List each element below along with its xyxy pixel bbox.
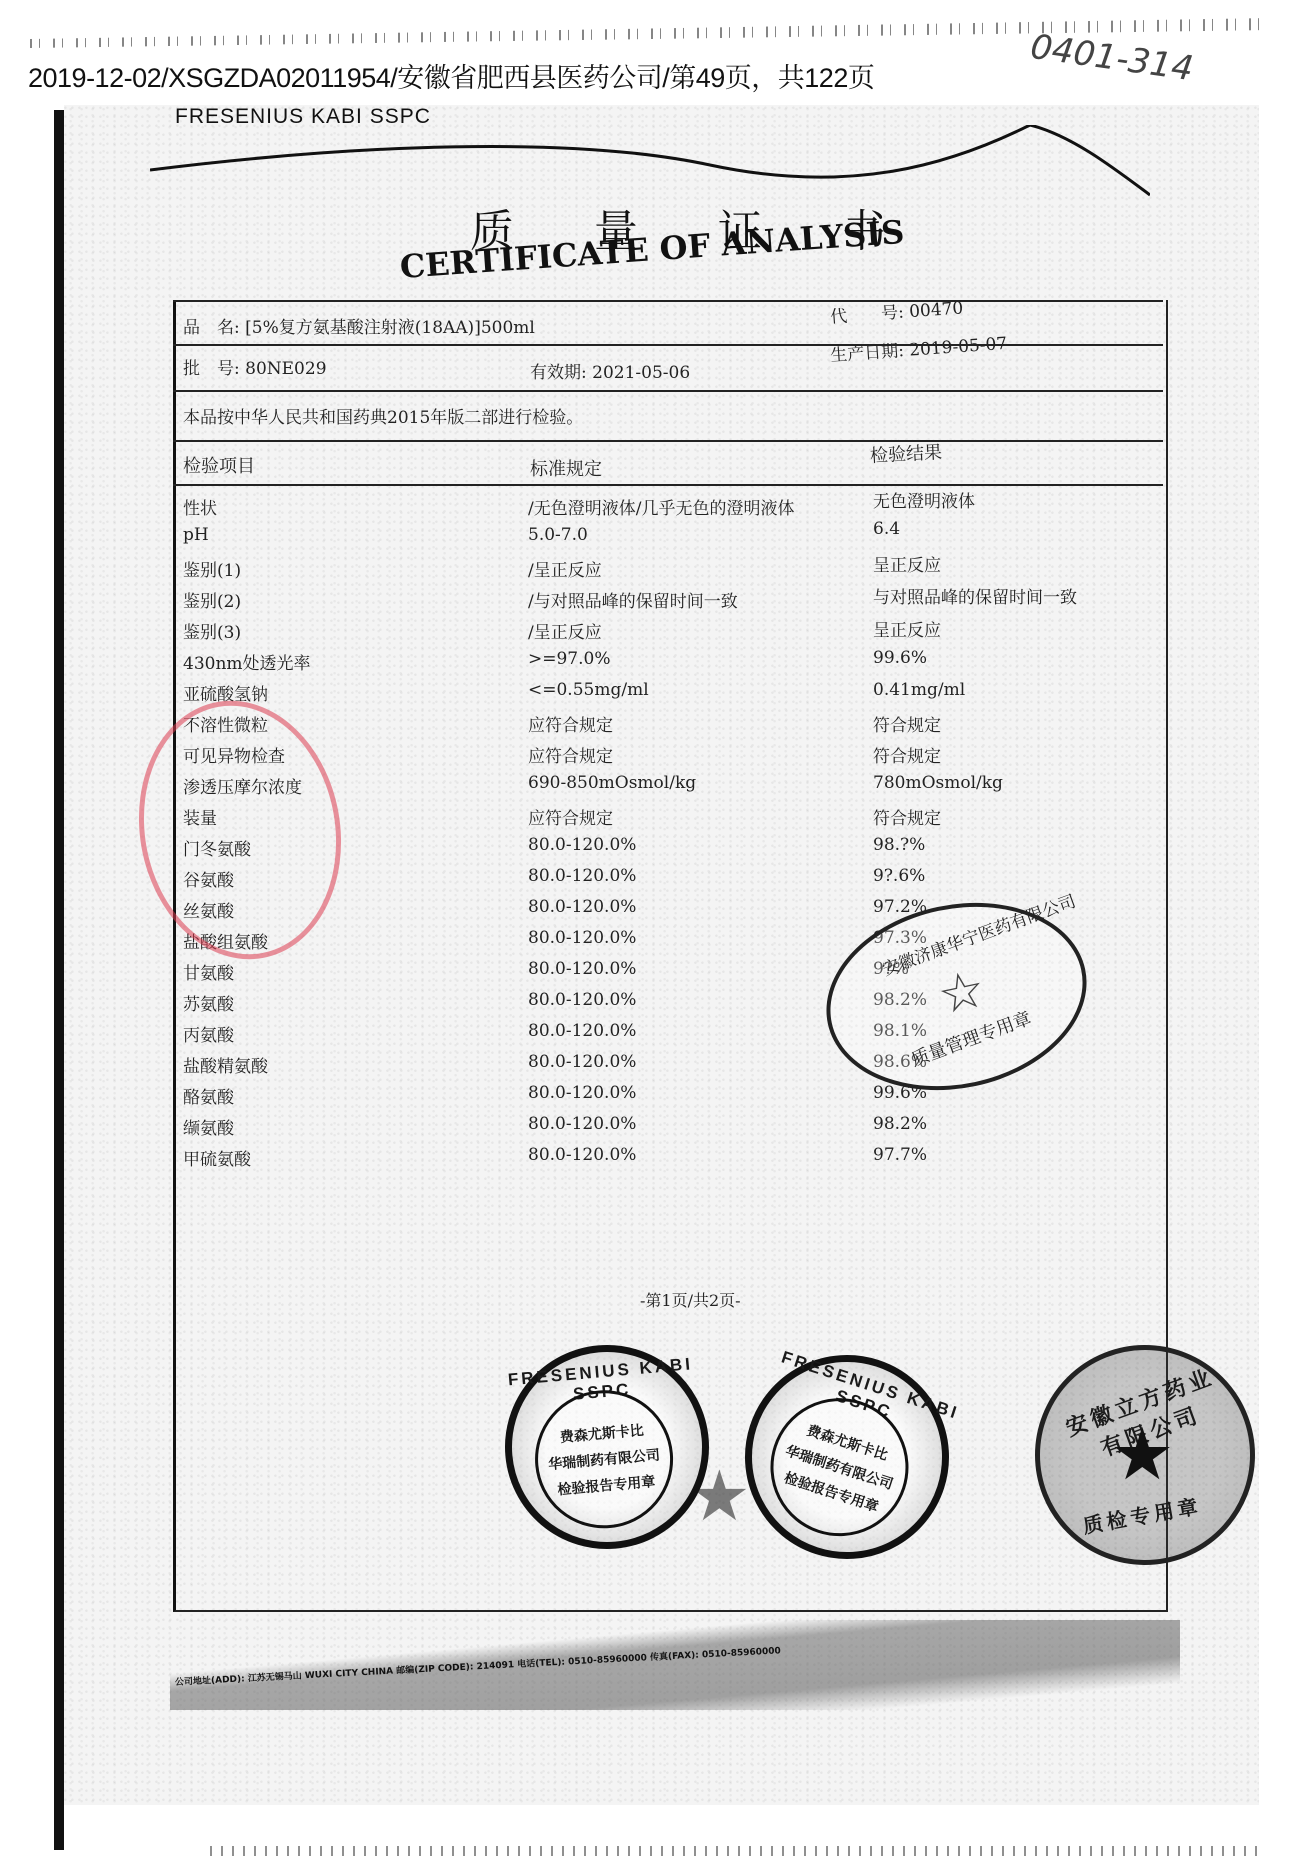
footer-band — [170, 1620, 1180, 1710]
row-item: 性状 — [183, 494, 217, 519]
row-result: 0.41mg/ml — [873, 680, 965, 700]
row-item: 丙氨酸 — [183, 1021, 234, 1046]
row-standard: 80.0-120.0% — [528, 928, 636, 948]
table-row: 430nm处透光率>=97.0%99.6% — [183, 649, 1143, 680]
table-row: 缬氨酸80.0-120.0%98.2% — [183, 1114, 1143, 1145]
row-item: 鉴别(1) — [183, 556, 241, 581]
row-result: 与对照品峰的保留时间一致 — [873, 583, 1077, 608]
row-standard: >=97.0% — [528, 649, 611, 669]
divider — [173, 390, 1163, 392]
row-result: 呈正反应 — [873, 551, 941, 576]
row-result: 98.2% — [873, 1114, 927, 1134]
row-standard: 80.0-120.0% — [528, 1083, 636, 1103]
expiry-label: 有效期: — [530, 363, 587, 383]
divider — [173, 440, 1163, 442]
row-result: 97.7% — [873, 1145, 927, 1165]
row-standard: 80.0-120.0% — [528, 897, 636, 917]
row-standard: 80.0-120.0% — [528, 866, 636, 886]
seal-line: 检验报告专用章 — [557, 1471, 656, 1499]
row-standard: 应符合规定 — [528, 804, 613, 829]
row-item: 鉴别(2) — [183, 587, 241, 612]
batch-row: 批 号: 80NE029 — [183, 354, 327, 379]
row-result: 780mOsmol/kg — [873, 773, 1003, 793]
row-item: 缬氨酸 — [183, 1114, 234, 1139]
table-row: 亚硫酸氢钠<=0.55mg/ml0.41mg/ml — [183, 680, 1143, 711]
expiry-row: 有效期: 2021-05-06 — [530, 358, 690, 383]
divider — [173, 344, 1163, 346]
row-standard: 80.0-120.0% — [528, 835, 636, 855]
row-item: 430nm处透光率 — [183, 649, 311, 674]
row-result: 呈正反应 — [873, 616, 941, 641]
col-head-standard: 标准规定 — [530, 455, 602, 481]
standard-note: 本品按中华人民共和国药典2015年版二部进行检验。 — [183, 403, 583, 428]
divider — [173, 300, 1163, 302]
row-standard: 690-850mOsmol/kg — [528, 773, 696, 793]
row-standard: 应符合规定 — [528, 742, 613, 767]
row-standard: <=0.55mg/ml — [528, 680, 649, 700]
scan-edge — [54, 110, 64, 1850]
row-standard: /与对照品峰的保留时间一致 — [528, 587, 738, 612]
batch-value: 80NE029 — [245, 359, 326, 379]
col-head-item: 检验项目 — [183, 452, 255, 478]
row-result: 符合规定 — [873, 711, 941, 736]
row-standard: 80.0-120.0% — [528, 1052, 636, 1072]
row-item: 酪氨酸 — [183, 1083, 234, 1108]
row-result: 9?.6% — [873, 866, 925, 886]
table-row: pH5.0-7.06.4 — [183, 525, 1143, 556]
row-item: 甲硫氨酸 — [183, 1145, 251, 1170]
seal-line: 华瑞制药有限公司 — [547, 1444, 660, 1474]
row-standard: 80.0-120.0% — [528, 990, 636, 1010]
row-standard: 80.0-120.0% — [528, 1114, 636, 1134]
row-standard: 5.0-7.0 — [528, 525, 588, 545]
star-icon: ☆ — [933, 959, 991, 1027]
row-result: 符合规定 — [873, 742, 941, 767]
row-standard: 80.0-120.0% — [528, 959, 636, 979]
table-row: 性状/无色澄明液体/几乎无色的澄明液体无色澄明液体 — [183, 494, 1143, 525]
table-row: 可见异物检查应符合规定符合规定 — [183, 742, 1143, 773]
row-item: 苏氨酸 — [183, 990, 234, 1015]
product-name-row: 品 名: [5%复方氨基酸注射液(18AA)]500ml — [183, 313, 535, 338]
row-result: 99.6% — [873, 648, 927, 668]
inspection-seal-right: 安徽立方药业有限公司 ★ 质检专用章 — [1035, 1345, 1255, 1565]
table-row: 鉴别(3)/呈正反应呈正反应 — [183, 618, 1143, 649]
divider — [173, 484, 1163, 486]
seal-bottom-text: 质检专用章 — [1080, 1490, 1203, 1539]
page-indicator: -第1页/共2页- — [640, 1288, 741, 1311]
batch-label: 批 号: — [183, 359, 240, 379]
handwritten-note: 0401-314 — [1028, 27, 1196, 89]
row-result: 无色澄明液体 — [873, 487, 975, 512]
col-head-result: 检验结果 — [869, 438, 942, 468]
row-item: 鉴别(3) — [183, 618, 241, 643]
table-row: 不溶性微粒应符合规定符合规定 — [183, 711, 1143, 742]
row-standard: /呈正反应 — [528, 556, 602, 581]
archive-header: 2019-12-02/XSGZDA02011954/安徽省肥西县医药公司/第49… — [28, 56, 874, 95]
row-standard: /呈正反应 — [528, 618, 602, 643]
row-item: pH — [183, 525, 209, 545]
row-item: 盐酸精氨酸 — [183, 1052, 268, 1077]
row-result: 98.?% — [873, 835, 925, 855]
row-result: 符合规定 — [873, 804, 941, 829]
product-name-value: [5%复方氨基酸注射液(18AA)]500ml — [245, 318, 535, 338]
table-row: 鉴别(1)/呈正反应呈正反应 — [183, 556, 1143, 587]
product-code-value: 00470 — [909, 298, 964, 322]
seal-inner: 费森尤斯卡比 华瑞制药有限公司 检验报告专用章 — [529, 1385, 679, 1535]
seal-line: 费森尤斯卡比 — [559, 1420, 644, 1447]
product-name-label: 品 名: — [183, 318, 240, 338]
row-standard: 应符合规定 — [528, 711, 613, 736]
row-standard: /无色澄明液体/几乎无色的澄明液体 — [528, 494, 794, 519]
star-icon: ★ — [1110, 1412, 1175, 1496]
row-item: 甘氨酸 — [183, 959, 234, 984]
table-row: 鉴别(2)/与对照品峰的保留时间一致与对照品峰的保留时间一致 — [183, 587, 1143, 618]
scan-artifact-bottom — [210, 1846, 1260, 1856]
row-result: 6.4 — [873, 519, 900, 539]
table-row: 甲硫氨酸80.0-120.0%97.7% — [183, 1145, 1143, 1176]
expiry-value: 2021-05-06 — [592, 363, 690, 383]
table-row: 酪氨酸80.0-120.0%99.6% — [183, 1083, 1143, 1114]
row-standard: 80.0-120.0% — [528, 1021, 636, 1041]
row-standard: 80.0-120.0% — [528, 1145, 636, 1165]
